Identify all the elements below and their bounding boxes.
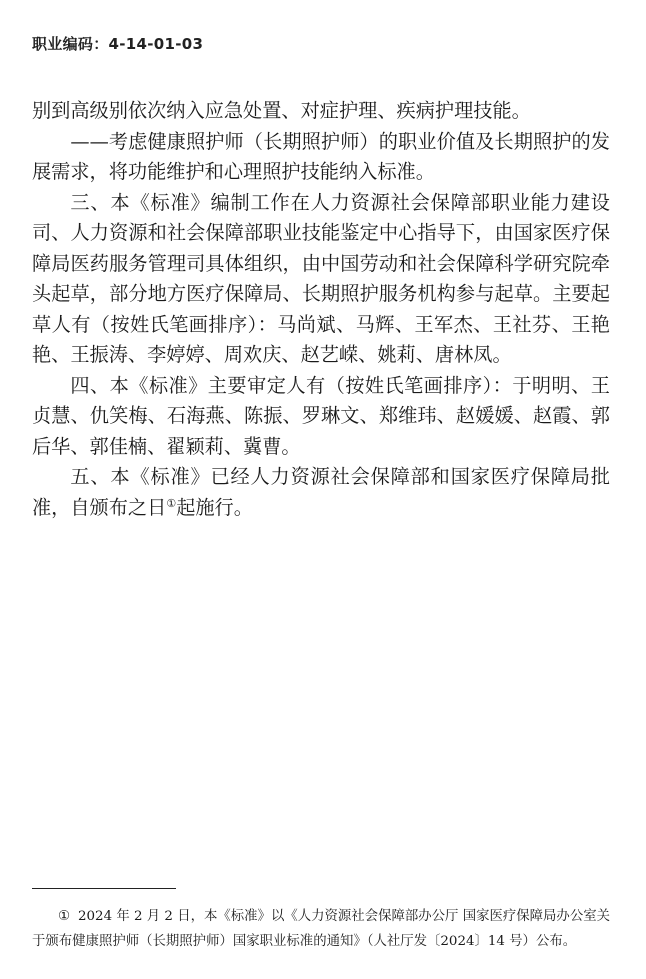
paragraph-effective-date: 五、本《标准》已经人力资源社会保障部和国家医疗保障局批准，自颁布之日①起施行。 bbox=[32, 462, 610, 523]
paragraph-continuation: 别到高级别依次纳入应急处置、对症护理、疾病护理技能。 bbox=[32, 96, 610, 127]
footnote-divider bbox=[32, 888, 176, 889]
footnote-reference[interactable]: ① bbox=[166, 497, 176, 510]
footnote: ①2024 年 2 月 2 日，本《标准》以《人力资源社会保障部办公厅 国家医疗… bbox=[32, 904, 610, 954]
footnote-mark: ① bbox=[58, 909, 70, 924]
paragraph-drafting: 三、本《标准》编制工作在人力资源社会保障部职业能力建设司、人力资源和社会保障部职… bbox=[32, 188, 610, 371]
occupation-code-header: 职业编码：4-14-01-03 bbox=[32, 33, 203, 54]
document-body: 别到高级别依次纳入应急处置、对症护理、疾病护理技能。 ——考虑健康照护师（长期照… bbox=[32, 96, 610, 523]
effective-date-text: 五、本《标准》已经人力资源社会保障部和国家医疗保障局批准，自颁布之日 bbox=[32, 465, 610, 519]
effective-date-text-end: 起施行。 bbox=[176, 496, 253, 519]
footnote-text: 2024 年 2 月 2 日，本《标准》以《人力资源社会保障部办公厅 国家医疗保… bbox=[32, 909, 610, 949]
paragraph-reviewers: 四、本《标准》主要审定人有（按姓氏笔画排序）：于明明、王贞慧、仇笑梅、石海燕、陈… bbox=[32, 371, 610, 463]
paragraph-bullet-function-maintenance: ——考虑健康照护师（长期照护师）的职业价值及长期照护的发展需求，将功能维护和心理… bbox=[32, 127, 610, 188]
